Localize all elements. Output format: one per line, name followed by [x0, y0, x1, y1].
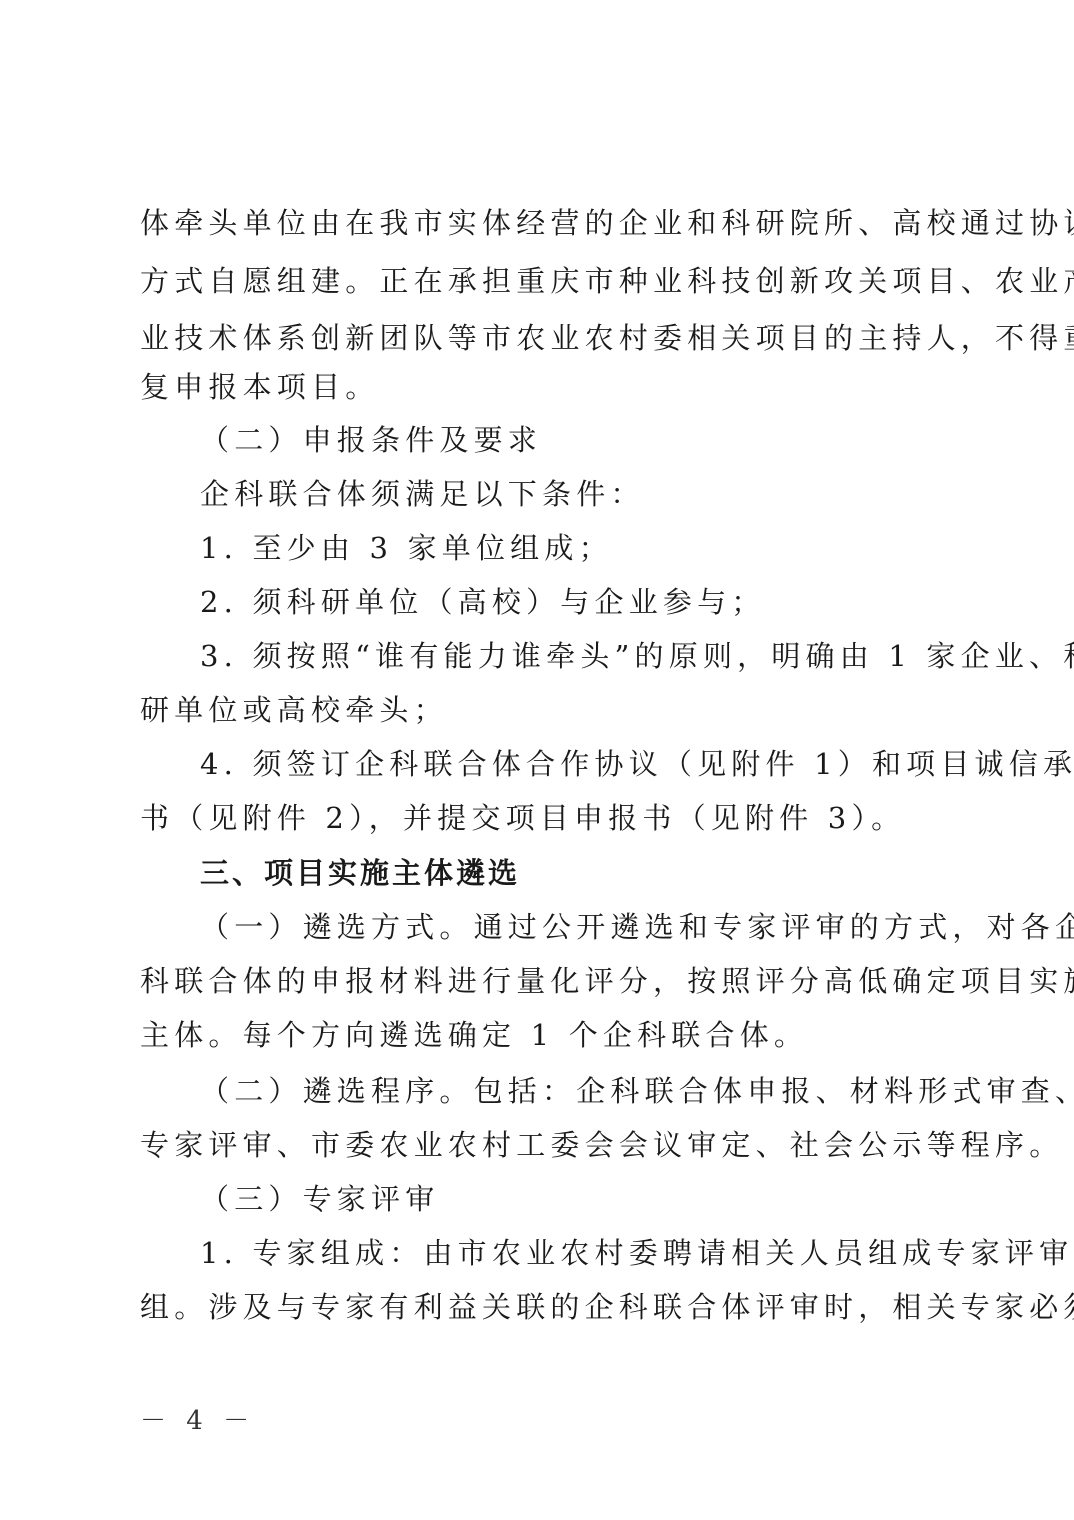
paragraph-line: 书（见附件 2），并提交项目申报书（见附件 3）。 — [140, 798, 940, 838]
section-heading-selection: 三、项目实施主体遴选 — [200, 853, 940, 893]
paragraph-line: 科联合体的申报材料进行量化评分，按照评分高低确定项目实施 — [140, 961, 940, 1001]
paragraph-line: 专家评审、市委农业农村工委会会议审定、社会公示等程序。 — [140, 1125, 940, 1165]
paragraph-line: 企科联合体须满足以下条件： — [200, 474, 940, 514]
list-item: 2. 须科研单位（高校）与企业参与； — [200, 582, 940, 622]
paragraph-line: 主体。每个方向遴选确定 1 个企科联合体。 — [140, 1015, 940, 1055]
subheading-expert-review: （三）专家评审 — [200, 1179, 940, 1219]
paragraph-line: 业技术体系创新团队等市农业农村委相关项目的主持人，不得重 — [140, 318, 940, 358]
paragraph-line: 研单位或高校牵头； — [140, 690, 940, 730]
list-item: 1. 专家组成：由市农业农村委聘请相关人员组成专家评审 — [200, 1233, 940, 1273]
list-item: 3. 须按照“谁有能力谁牵头”的原则，明确由 1 家企业、科 — [200, 636, 940, 676]
document-page: 体牵头单位由在我市实体经营的企业和科研院所、高校通过协议 方式自愿组建。正在承担… — [0, 0, 1074, 1520]
paragraph-line: 组。涉及与专家有利益关联的企科联合体评审时，相关专家必须 — [140, 1287, 940, 1327]
page-number: － 4 － — [140, 1406, 255, 1436]
paragraph-line: 体牵头单位由在我市实体经营的企业和科研院所、高校通过协议 — [140, 203, 940, 243]
list-item: 4. 须签订企科联合体合作协议（见附件 1）和项目诚信承诺 — [200, 744, 940, 784]
list-item: 1. 至少由 3 家单位组成； — [200, 528, 940, 568]
paragraph-line: （一）遴选方式。通过公开遴选和专家评审的方式，对各企 — [200, 907, 940, 947]
paragraph-line: 复申报本项目。 — [140, 367, 940, 407]
subheading-application-conditions: （二）申报条件及要求 — [200, 420, 940, 460]
paragraph-line: （二）遴选程序。包括：企科联合体申报、材料形式审查、 — [200, 1071, 940, 1111]
paragraph-line: 方式自愿组建。正在承担重庆市种业科技创新攻关项目、农业产 — [140, 261, 940, 301]
